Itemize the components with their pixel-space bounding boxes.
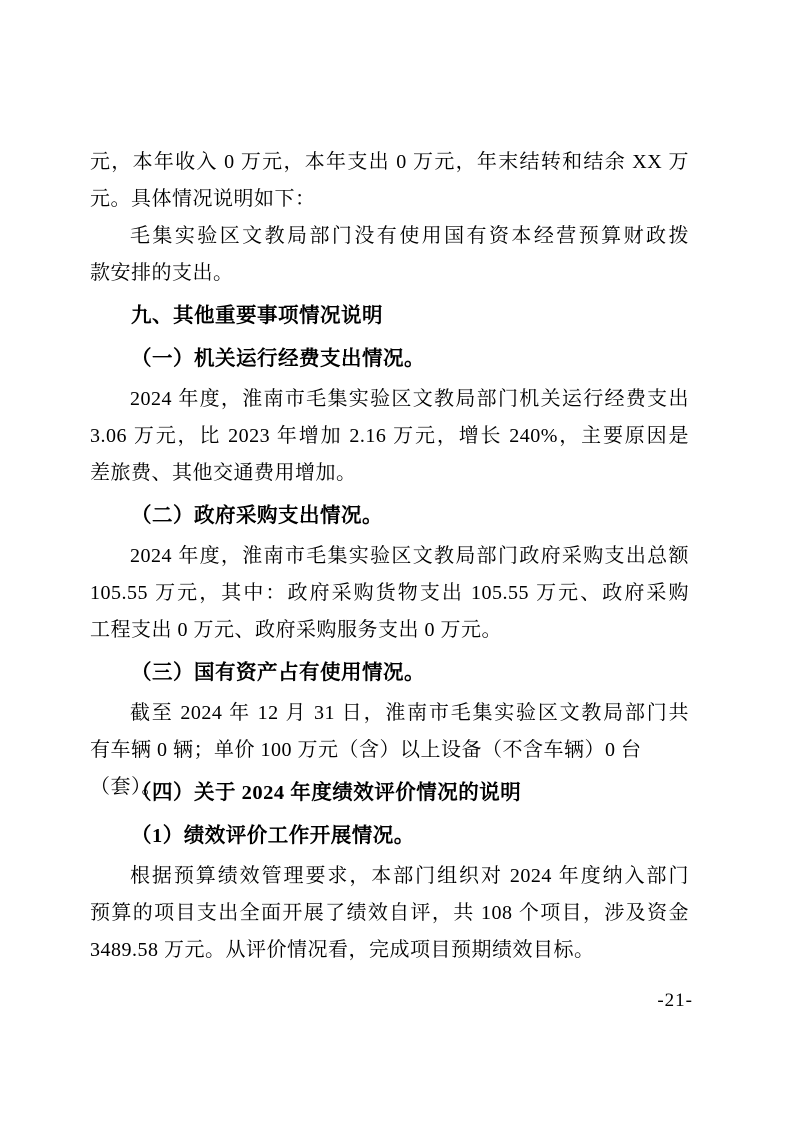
section-heading: （二）政府采购支出情况。 [90, 498, 689, 535]
text-line: 有车辆 0 辆；单价 100 万元（含）以上设备（不含车辆）0 台（套）。 [90, 732, 689, 769]
page-number: -21- [657, 990, 693, 1012]
section-heading: （三）国有资产占有使用情况。 [90, 655, 689, 692]
section-heading: （四）关于 2024 年度绩效评价情况的说明 [90, 775, 689, 812]
text-line: 截至 2024 年 12 月 31 日，淮南市毛集实验区文教局部门共 [90, 695, 689, 732]
text-line: 差旅费、其他交通费用增加。 [90, 455, 689, 492]
text-line: 3.06 万元，比 2023 年增加 2.16 万元，增长 240%，主要原因是 [90, 418, 689, 455]
section-heading: （1）绩效评价工作开展情况。 [90, 818, 689, 855]
text-line: 3489.58 万元。从评价情况看，完成项目预期绩效目标。 [90, 932, 689, 969]
document-page: 元，本年收入 0 万元，本年支出 0 万元，年末结转和结余 XX 万 元。具体情… [0, 0, 793, 1122]
text-line: 根据预算绩效管理要求，本部门组织对 2024 年度纳入部门 [90, 858, 689, 895]
section-heading: （一）机关运行经费支出情况。 [90, 341, 689, 378]
text-line: 款安排的支出。 [90, 255, 689, 292]
text-line: 毛集实验区文教局部门没有使用国有资本经营预算财政拨 [90, 218, 689, 255]
document-content: 元，本年收入 0 万元，本年支出 0 万元，年末结转和结余 XX 万 元。具体情… [90, 144, 689, 969]
text-line: 105.55 万元，其中：政府采购货物支出 105.55 万元、政府采购 [90, 575, 689, 612]
text-line: 预算的项目支出全面开展了绩效自评，共 108 个项目，涉及资金 [90, 895, 689, 932]
text-line: 元。具体情况说明如下： [90, 181, 689, 218]
section-heading: 九、其他重要事项情况说明 [90, 298, 689, 335]
text-line: 2024 年度，淮南市毛集实验区文教局部门机关运行经费支出 [90, 381, 689, 418]
text-line: 元，本年收入 0 万元，本年支出 0 万元，年末结转和结余 XX 万 [90, 144, 689, 181]
text-line: 工程支出 0 万元、政府采购服务支出 0 万元。 [90, 612, 689, 649]
text-line: 2024 年度，淮南市毛集实验区文教局部门政府采购支出总额 [90, 538, 689, 575]
